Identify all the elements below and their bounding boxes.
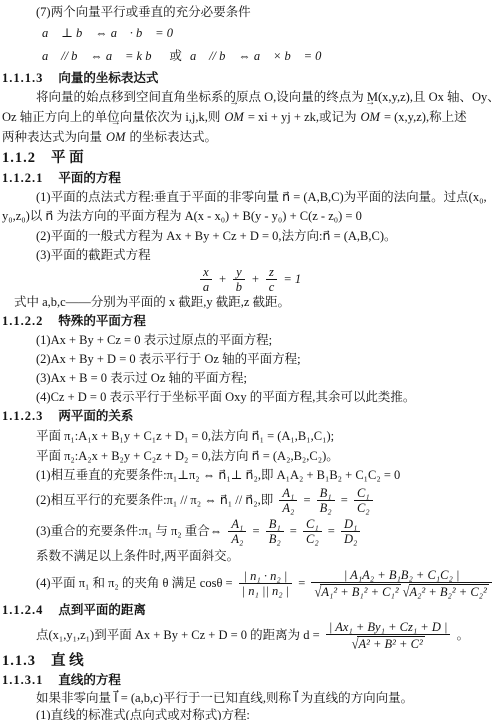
fraction-B1-B2: B₁B₂ [317,487,335,515]
item-7-title: (7)两个向量平行或垂直的充分必要条件 [2,3,496,22]
heading-1-1-1-3: 1.1.1.3向量的坐标表达式 [2,68,496,88]
heading-1-1-2: 1.1.2平 面 [2,147,496,169]
vector-OM: OM [224,107,243,127]
sqrt-n2: √A₂² + B₂² + C₂² [403,584,489,599]
intercept-legend: 式中 a,b,c——分别为平面的 x 截距,y 截距,z 截距。 [2,293,496,312]
plane-point-normal-line-2: y₀,z₀)以 n⃗ 为法方向的平面方程为 A(x - x₀) + B(y - … [2,207,496,226]
fraction-y-b: yb [233,266,245,294]
line-standard-form-label: (1)直线的标准式(点向式或对称式)方程: [2,708,496,720]
fraction-A1-A2: A₁A₂ [228,518,246,546]
fraction-coefficients: | A₁A₂ + B₁B₂ + C₁C₂ | √A₁² + B₁² + C₁²√… [311,569,491,599]
heading-1-1-3: 1.1.3直 线 [2,651,496,671]
special-plane-1: (1)Ax + By + Cz = 0 表示过原点的平面方程; [2,331,496,350]
fraction-A1-A2: A₁A₂ [279,487,297,515]
sqrt-n1: √A₁² + B₁² + C₁² [314,584,400,599]
planes-angle-formula: (4)平面 π₁ 和 π₂ 的夹角 θ 满足 cosθ = | n₁ · n₂ … [2,565,496,601]
fraction-D1-D2: D₁D₂ [341,518,360,546]
plane-pi2-definition: 平面 π₂:A₂x + B₂y + C₂z + D₂ = 0,法方向 n⃗ = … [2,446,496,466]
scanned-math-book-page: (7)两个向量平行或垂直的充分必要条件 a⃗ ⊥ b⃗ ⇔ a⃗ · b⃗ = … [0,0,498,720]
para-coord-line-3: 两种表达式为向量OM的坐标表达式。 [2,127,496,147]
heading-1-1-2-1: 1.1.2.1平面的方程 [2,169,496,188]
special-plane-4: (4)Cz + D = 0 表示平行于坐标平面 Oxy 的平面方程,其余可以此类… [2,388,496,407]
fraction-normal-dot: | n₁ · n₂ || n₁ || n₂ | [239,570,292,598]
para-coord-line-1: 将向量的始点移到空间直角坐标系的原点 O,设向量的终点为 M(x,y,z),且 … [2,88,496,107]
planes-skew-note: 系数不满足以上条件时,两平面斜交。 [2,547,496,565]
fraction-C1-C2: C₁C₂ [303,518,322,546]
plane-pi1-definition: 平面 π₁:A₁x + B₁y + C₁z + D₁ = 0,法方向 n⃗₁ =… [2,426,496,446]
intercept-equation: xa + yb + zc = 1 [2,265,496,293]
point-plane-distance-formula: 点(x₁,y₁,z₁)到平面 Ax + By + Cz + D = 0 的距离为… [2,619,496,651]
fraction-z-c: zc [266,266,278,294]
para-coord-line-2: Oz 轴正方向上的单位向量依次为 i,j,k,则OM= xi + yj + zk… [2,107,496,127]
radical-sign: √ [352,637,359,652]
planes-parallel-condition: (2)相互平行的充要条件:π₁ // π₂ ⇔ n⃗₁ // n⃗₂,即 A₁A… [2,485,496,515]
formula-perpendicular-condition: a⃗ ⊥ b⃗ ⇔ a⃗ · b⃗ = 0 [2,22,496,45]
heading-1-1-3-1: 1.1.3.1直线的方程 [2,671,496,689]
plane-general-equation: (2)平面的一般式方程为 Ax + By + Cz + D = 0,法方向:n⃗… [2,226,496,246]
heading-1-1-2-4: 1.1.2.4点到平面的距离 [2,601,496,619]
plane-point-normal-line-1: (1)平面的点法式方程:垂直于平面的非零向量 n⃗ = (A,B,C)为平面的法… [2,188,496,207]
fraction-distance: | Ax₁ + By₁ + Cz₁ + D | √A² + B² + C² [326,621,451,651]
plane-intercept-label: (3)平面的截距式方程 [2,246,496,265]
heading-1-1-2-3: 1.1.2.3两平面的关系 [2,407,496,426]
radical-sign: √ [314,585,321,600]
radical-sign: √ [403,585,410,600]
vector-OM: OM [361,107,380,127]
planes-coincide-condition: (3)重合的充要条件:π₁ 与 π₂ 重合⇔ A₁A₂ = B₁B₂ = C₁C… [2,515,496,547]
planes-perpendicular-condition: (1)相互垂直的充要条件:π₁⊥π₂ ⇔ n⃗₁⊥ n⃗₂,即 A₁A₂ + B… [2,466,496,485]
heading-1-1-2-2: 1.1.2.2特殊的平面方程 [2,312,496,331]
special-plane-2: (2)Ax + By + D = 0 表示平行于 Oz 轴的平面方程; [2,350,496,369]
line-direction-vector-text: 如果非零向量 l⃗ = (a,b,c)平行于一已知直线,则称 l⃗ 为直线的方向… [2,689,496,708]
special-plane-3: (3)Ax + B = 0 表示过 Oz 轴的平面方程; [2,369,496,388]
vector-OM: OM [106,127,125,147]
fraction-B1-B2: B₁B₂ [266,518,284,546]
fraction-C1-C2: C₁C₂ [354,487,373,515]
fraction-x-a: xa [200,266,212,294]
sqrt-abc: √A² + B² + C² [352,636,425,651]
formula-parallel-condition: a⃗ // b⃗ ⇔ a⃗ = k b⃗ 或 a⃗ // b⃗ ⇔ a⃗ × b… [2,45,496,68]
